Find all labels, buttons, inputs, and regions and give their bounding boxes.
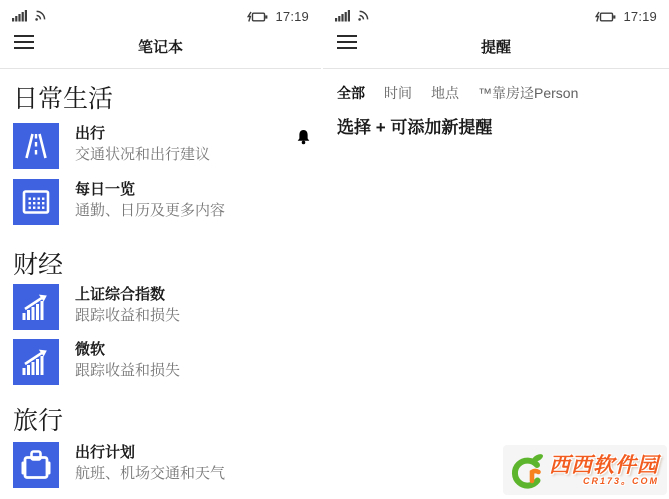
list-item-microsoft-stock[interactable]: 微软 跟踪收益和损失 [13, 339, 321, 385]
status-right-icons: 17:19 [595, 9, 657, 24]
notebook-header: 17:19 笔记本 [0, 0, 321, 69]
section-header-daily-life: 日常生活 [13, 85, 321, 113]
item-title: 微软 [75, 340, 180, 360]
reminders-header: 17:19 提醒 [323, 0, 669, 69]
xixi-logo-icon [505, 448, 547, 492]
status-bar: 17:19 [323, 0, 669, 28]
item-subtitle: 跟踪收益和损失 [75, 360, 180, 381]
page-title: 提醒 [323, 28, 669, 68]
status-left-icons [335, 9, 371, 22]
item-subtitle: 航班、机场交通和天气 [75, 463, 225, 484]
item-title: 出行计划 [75, 443, 225, 463]
tab-time[interactable]: 时间 [384, 83, 412, 103]
nav-bar: 笔记本 [0, 28, 321, 68]
watermark-site-name: 西西软件园 [549, 455, 659, 476]
tab-all[interactable]: 全部 [337, 83, 365, 103]
list-item-commute[interactable]: 出行 交通状况和出行建议 [13, 123, 321, 169]
list-item-trip-plan[interactable]: 出行计划 航班、机场交通和天气 [13, 442, 321, 488]
suitcase-icon [13, 442, 59, 488]
stock-chart-icon [13, 284, 59, 330]
bell-icon [296, 128, 311, 146]
road-icon [13, 123, 59, 169]
watermark: 西西软件园 CR173。COM [503, 445, 667, 495]
cellular-signal-icon [335, 9, 350, 22]
tab-location[interactable]: 地点 [431, 83, 459, 103]
tab-person[interactable]: ™靠房迳Person [478, 83, 578, 103]
list-item-shanghai-index[interactable]: 上证综合指数 跟踪收益和损失 [13, 284, 321, 330]
reminder-filter-tabs: 全部 时间 地点 ™靠房迳Person [323, 69, 669, 103]
item-subtitle: 跟踪收益和损失 [75, 305, 180, 326]
page-title: 笔记本 [0, 28, 321, 68]
status-left-icons [12, 9, 48, 22]
status-right-icons: 17:19 [247, 9, 309, 24]
wifi-icon [357, 10, 371, 22]
stock-chart-icon [13, 339, 59, 385]
status-time: 17:19 [623, 9, 657, 24]
calendar-icon [13, 179, 59, 225]
item-title: 每日一览 [75, 180, 225, 200]
item-subtitle: 通勤、日历及更多内容 [75, 200, 225, 221]
screenshot-canvas: 17:19 笔记本 日常生活 [0, 0, 669, 499]
notebook-screen: 17:19 笔记本 日常生活 [0, 0, 321, 499]
cellular-signal-icon [12, 9, 27, 22]
list-item-daily-glance[interactable]: 每日一览 通勤、日历及更多内容 [13, 179, 321, 225]
wifi-icon [34, 10, 48, 22]
empty-state-hint: 选择 + 可添加新提醒 [337, 113, 669, 138]
status-bar: 17:19 [0, 0, 321, 28]
watermark-site-url: CR173。COM [549, 477, 659, 486]
nav-bar: 提醒 [323, 28, 669, 68]
battery-charging-icon [247, 11, 268, 23]
battery-charging-icon [595, 11, 616, 23]
item-subtitle: 交通状况和出行建议 [75, 144, 210, 165]
section-header-travel: 旅行 [13, 407, 321, 435]
reminders-screen: 17:19 提醒 全部 时间 地点 ™靠房迳Person 选择 + 可添加新提醒 [323, 0, 669, 499]
section-header-finance: 财经 [13, 251, 321, 279]
item-title: 上证综合指数 [75, 285, 180, 305]
status-time: 17:19 [275, 9, 309, 24]
item-title: 出行 [75, 124, 210, 144]
notebook-list: 日常生活 出行 交通状况和出行建议 [0, 85, 321, 488]
